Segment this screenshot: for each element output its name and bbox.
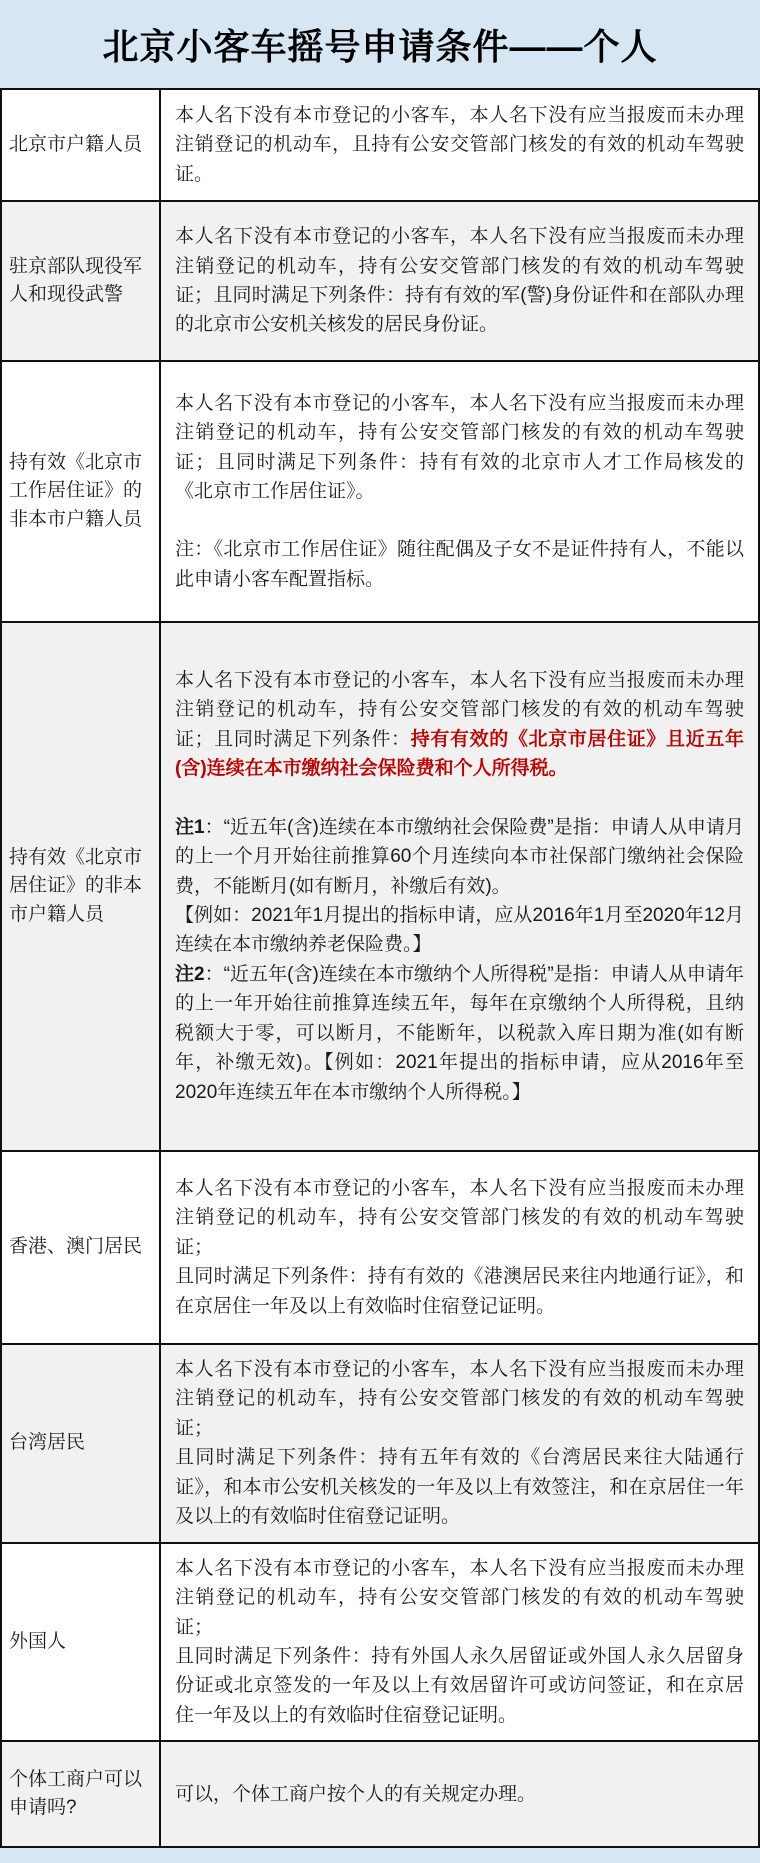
title-band: 北京小客车摇号申请条件——个人	[0, 0, 760, 88]
row-content-cell: 本人名下没有本市登记的小客车，本人名下没有应当报废而未办理注销登记的机动车，持有…	[160, 201, 759, 361]
text-segment: 注：《北京市工作居住证》随往配偶及子女不是证件持有人，不能以此申请小客车配置指标…	[175, 539, 744, 589]
paragraph-spacer	[175, 506, 744, 535]
footer-band	[0, 1848, 760, 1863]
conditions-table-body: 北京市户籍人员本人名下没有本市登记的小客车，本人名下没有应当报废而未办理注销登记…	[1, 89, 759, 1847]
text-segment: 【例如：2021年1月提出的指标申请，应从2016年1月至2020年12月连续在…	[175, 905, 744, 955]
text-segment: 注2	[175, 964, 205, 985]
text-segment: 本人名下没有本市登记的小客车，本人名下没有应当报废而未办理注销登记的机动车，持有…	[175, 226, 744, 335]
row-content-cell: 本人名下没有本市登记的小客车，本人名下没有应当报废而未办理注销登记的机动车，且持…	[160, 89, 759, 201]
row-content-cell: 可以，个体工商户按个人的有关规定办理。	[160, 1741, 759, 1847]
paragraph: 且同时满足下列条件：持有外国人永久居留证或外国人永久居留身份证或北京签发的一年及…	[175, 1642, 744, 1730]
paragraph: 且同时满足下列条件：持有五年有效的《台湾居民来往大陆通行证》，和本市公安机关核发…	[175, 1443, 744, 1531]
paragraph: 本人名下没有本市登记的小客车，本人名下没有应当报废而未办理注销登记的机动车，持有…	[175, 389, 744, 507]
text-segment: 本人名下没有本市登记的小客车，本人名下没有应当报废而未办理注销登记的机动车，持有…	[175, 1558, 744, 1638]
row-content-cell: 本人名下没有本市登记的小客车，本人名下没有应当报废而未办理注销登记的机动车，持有…	[160, 361, 759, 622]
row-content-cell: 本人名下没有本市登记的小客车，本人名下没有应当报废而未办理注销登记的机动车，持有…	[160, 1151, 759, 1344]
text-segment: 且同时满足下列条件：持有五年有效的《台湾居民来往大陆通行证》，和本市公安机关核发…	[175, 1447, 744, 1527]
table-row: 持有效《北京市工作居住证》的非本市户籍人员本人名下没有本市登记的小客车，本人名下…	[1, 361, 759, 622]
paragraph: 本人名下没有本市登记的小客车，本人名下没有应当报废而未办理注销登记的机动车，持有…	[175, 1174, 744, 1262]
text-segment: ：“近五年(含)连续在本市缴纳社会保险费”是指：申请人从申请月的上一个月开始往前…	[175, 817, 744, 897]
table-row: 驻京部队现役军人和现役武警本人名下没有本市登记的小客车，本人名下没有应当报废而未…	[1, 201, 759, 361]
row-label-cell: 北京市户籍人员	[1, 89, 160, 201]
paragraph: 注1：“近五年(含)连续在本市缴纳社会保险费”是指：申请人从申请月的上一个月开始…	[175, 813, 744, 901]
conditions-table: 北京市户籍人员本人名下没有本市登记的小客车，本人名下没有应当报废而未办理注销登记…	[0, 88, 760, 1848]
table-row: 持有效《北京市居住证》的非本市户籍人员本人名下没有本市登记的小客车，本人名下没有…	[1, 622, 759, 1151]
paragraph: 注2：“近五年(含)连续在本市缴纳个人所得税”是指：申请人从申请年的上一年开始往…	[175, 960, 744, 1107]
row-label-cell: 驻京部队现役军人和现役武警	[1, 201, 160, 361]
table-row: 个体工商户可以申请吗?可以，个体工商户按个人的有关规定办理。	[1, 1741, 759, 1847]
paragraph-spacer	[175, 784, 744, 813]
row-label-cell: 持有效《北京市工作居住证》的非本市户籍人员	[1, 361, 160, 622]
page-title: 北京小客车摇号申请条件——个人	[102, 19, 657, 70]
row-content-cell: 本人名下没有本市登记的小客车，本人名下没有应当报废而未办理注销登记的机动车，持有…	[160, 1344, 759, 1543]
table-row: 香港、澳门居民本人名下没有本市登记的小客车，本人名下没有应当报废而未办理注销登记…	[1, 1151, 759, 1344]
text-segment: 本人名下没有本市登记的小客车，本人名下没有应当报废而未办理注销登记的机动车，持有…	[175, 1359, 744, 1439]
paragraph: 注：《北京市工作居住证》随往配偶及子女不是证件持有人，不能以此申请小客车配置指标…	[175, 535, 744, 594]
text-segment: 且同时满足下列条件：持有外国人永久居留证或外国人永久居留身份证或北京签发的一年及…	[175, 1646, 744, 1726]
text-segment: 本人名下没有本市登记的小客车，本人名下没有应当报废而未办理注销登记的机动车，持有…	[175, 1178, 744, 1258]
row-label-cell: 香港、澳门居民	[1, 1151, 160, 1344]
paragraph: 可以，个体工商户按个人的有关规定办理。	[175, 1780, 744, 1809]
row-label-cell: 外国人	[1, 1543, 160, 1742]
table-row: 台湾居民本人名下没有本市登记的小客车，本人名下没有应当报废而未办理注销登记的机动…	[1, 1344, 759, 1543]
text-segment: 本人名下没有本市登记的小客车，本人名下没有应当报废而未办理注销登记的机动车，持有…	[175, 393, 744, 502]
text-segment: 注1	[175, 817, 205, 838]
paragraph: 【例如：2021年1月提出的指标申请，应从2016年1月至2020年12月连续在…	[175, 901, 744, 960]
row-label-cell: 个体工商户可以申请吗?	[1, 1741, 160, 1847]
text-segment: 本人名下没有本市登记的小客车，本人名下没有应当报废而未办理注销登记的机动车，且持…	[175, 105, 744, 185]
text-segment: 可以，个体工商户按个人的有关规定办理。	[175, 1784, 536, 1805]
paragraph: 本人名下没有本市登记的小客车，本人名下没有应当报废而未办理注销登记的机动车，持有…	[175, 1554, 744, 1642]
page: 北京小客车摇号申请条件——个人 北京市户籍人员本人名下没有本市登记的小客车，本人…	[0, 0, 760, 1863]
paragraph: 本人名下没有本市登记的小客车，本人名下没有应当报废而未办理注销登记的机动车，持有…	[175, 222, 744, 340]
row-content-cell: 本人名下没有本市登记的小客车，本人名下没有应当报废而未办理注销登记的机动车，持有…	[160, 622, 759, 1151]
paragraph: 本人名下没有本市登记的小客车，本人名下没有应当报废而未办理注销登记的机动车，持有…	[175, 1355, 744, 1443]
row-label-cell: 持有效《北京市居住证》的非本市户籍人员	[1, 622, 160, 1151]
table-row: 外国人本人名下没有本市登记的小客车，本人名下没有应当报废而未办理注销登记的机动车…	[1, 1543, 759, 1742]
row-content-cell: 本人名下没有本市登记的小客车，本人名下没有应当报废而未办理注销登记的机动车，持有…	[160, 1543, 759, 1742]
paragraph: 且同时满足下列条件：持有有效的《港澳居民来往内地通行证》，和在京居住一年及以上有…	[175, 1262, 744, 1321]
table-row: 北京市户籍人员本人名下没有本市登记的小客车，本人名下没有应当报废而未办理注销登记…	[1, 89, 759, 201]
paragraph: 本人名下没有本市登记的小客车，本人名下没有应当报废而未办理注销登记的机动车，持有…	[175, 666, 744, 784]
text-segment: ：“近五年(含)连续在本市缴纳个人所得税”是指：申请人从申请年的上一年开始往前推…	[175, 964, 744, 1103]
text-segment: 且同时满足下列条件：持有有效的《港澳居民来往内地通行证》，和在京居住一年及以上有…	[175, 1266, 744, 1316]
paragraph: 本人名下没有本市登记的小客车，本人名下没有应当报废而未办理注销登记的机动车，且持…	[175, 101, 744, 189]
row-label-cell: 台湾居民	[1, 1344, 160, 1543]
